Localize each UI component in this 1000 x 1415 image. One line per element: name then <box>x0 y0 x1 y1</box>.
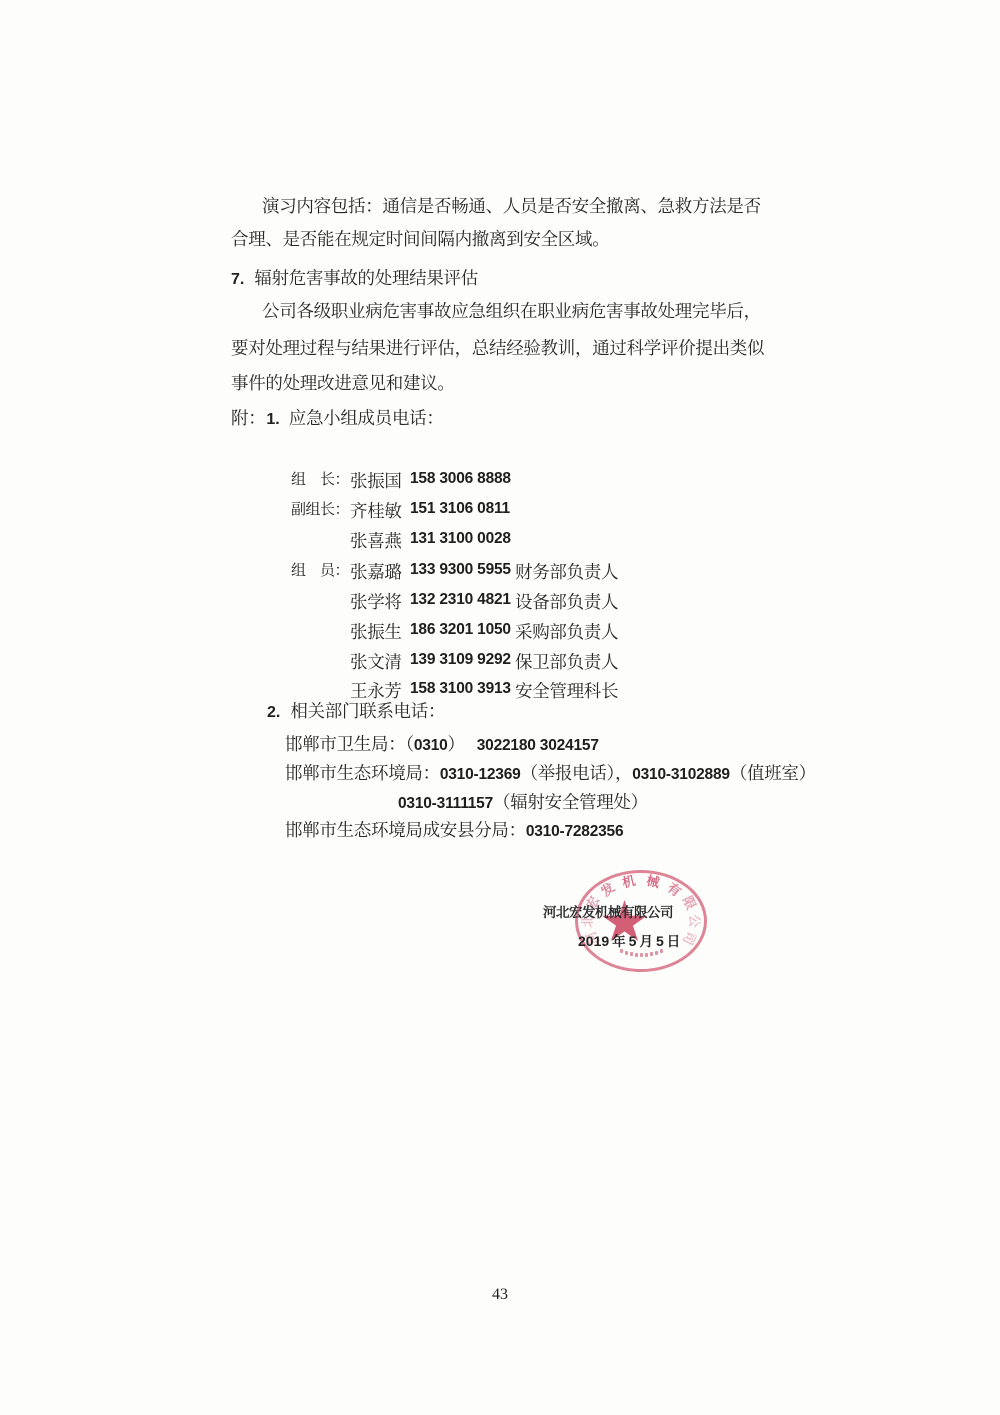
member-name: 张嘉璐 <box>350 559 402 584</box>
member-phone: 132 2310 4821 <box>410 591 511 609</box>
dept-line-branch: 邯郸市生态环境局成安县分局：0310-7282356 <box>285 818 623 844</box>
member-phone: 158 3100 3913 <box>410 680 511 698</box>
member-name: 张学将 <box>350 589 402 614</box>
company-seal: 河北宏发机械有限公司 <box>575 870 707 972</box>
member-label: 组 长： <box>291 468 349 489</box>
seal-serial-mark <box>635 953 638 957</box>
seal-serial-mark <box>645 953 648 957</box>
member-phone: 158 3006 8888 <box>410 470 511 488</box>
signature-date: 2019年5月5日 <box>578 930 683 951</box>
member-role: 设备部负责人 <box>515 589 618 614</box>
seal-serial-mark <box>630 952 633 956</box>
dept-eco-label: 邯郸市生态环境局： <box>285 763 440 783</box>
seal-serial-mark <box>625 951 628 955</box>
dept-eco-note1: （举报电话）， <box>521 763 633 783</box>
member-name: 齐桂敏 <box>350 498 402 523</box>
dept-line-health: 邯郸市卫生局：（0310）3022180 3024157 <box>285 732 599 758</box>
seal-serial-mark <box>655 951 658 955</box>
member-phone: 131 3100 0028 <box>410 530 511 548</box>
date-day: 5 <box>656 933 664 949</box>
member-phone: 133 9300 5955 <box>410 561 511 579</box>
section7-para-line1: 公司各级职业病危害事故应急组织在职业病危害事故处理完毕后， <box>262 299 761 323</box>
section7-number: 7. <box>231 271 244 288</box>
member-role: 保卫部负责人 <box>515 649 618 674</box>
member-role: 采购部负责人 <box>515 619 618 644</box>
member-phone: 139 3109 9292 <box>410 651 511 669</box>
attachment-item1-title: 应急小组成员电话： <box>289 408 444 428</box>
attachment-item2-heading: 2.相关部门联系电话： <box>267 699 445 725</box>
dept-eco-phone1: 0310-12369 <box>440 766 521 783</box>
date-year-label: 年 <box>612 934 626 949</box>
dept-eco-phone3: 0310-3111157 <box>398 795 493 812</box>
member-phone: 186 3201 1050 <box>410 621 511 639</box>
seal-arc-char: 公 <box>687 914 701 928</box>
dept-line-eco: 邯郸市生态环境局：0310-12369（举报电话），0310-3102889（值… <box>285 761 816 787</box>
member-role: 安全管理科长 <box>515 678 618 703</box>
date-month-label: 月 <box>639 934 653 949</box>
paragraph-intro-line1: 演习内容包括：通信是否畅通、人员是否安全撤离、急救方法是否 <box>262 194 761 218</box>
dept-eco-phone2: 0310-3102889 <box>632 766 730 783</box>
seal-arc-char: 械 <box>644 874 661 891</box>
section7-para-line2: 要对处理过程与结果进行评估，总结经验教训，通过科学评价提出类似 <box>231 336 764 360</box>
dept-eco-note3: （辐射安全管理处） <box>493 792 648 812</box>
dept-health-areacode: 0310 <box>414 737 448 754</box>
dept-health-close: ） <box>448 734 465 754</box>
dept-branch-phone: 0310-7282356 <box>526 823 624 840</box>
attachment-item1-heading: 附：1.应急小组成员电话： <box>231 406 444 432</box>
member-name: 张振生 <box>350 619 402 644</box>
section7-para-line3: 事件的处理改进意见和建议。 <box>231 371 455 395</box>
date-month: 5 <box>629 933 637 949</box>
seal-serial-mark <box>640 953 643 957</box>
dept-line-eco2: 0310-3111157（辐射安全管理处） <box>398 790 648 816</box>
member-role: 财务部负责人 <box>515 559 618 584</box>
paragraph-intro-line2: 合理、是否能在规定时间间隔内撤离到安全区域。 <box>231 227 609 251</box>
attachment-item2-title: 相关部门联系电话： <box>290 701 445 721</box>
signature-company-name: 河北宏发机械有限公司 <box>543 901 673 921</box>
member-name: 张振国 <box>350 468 402 493</box>
member-name: 张喜燕 <box>350 528 402 553</box>
date-year: 2019 <box>578 933 609 949</box>
document-page: 演习内容包括：通信是否畅通、人员是否安全撤离、急救方法是否 合理、是否能在规定时… <box>0 0 1000 1415</box>
member-label: 组 员： <box>291 559 349 580</box>
dept-health-label: 邯郸市卫生局：（ <box>285 734 414 754</box>
member-phone: 151 3106 0811 <box>410 500 510 518</box>
page-number: 43 <box>0 1286 1000 1304</box>
dept-branch-label: 邯郸市生态环境局成安县分局： <box>285 820 526 840</box>
seal-serial-mark <box>650 952 653 956</box>
attachment-item2-number: 2. <box>267 704 280 721</box>
attachment-prefix: 附： <box>231 408 265 428</box>
attachment-item1-number: 1. <box>266 411 279 428</box>
member-label: 副组长： <box>291 498 349 519</box>
section7-title: 辐射危害事故的处理结果评估 <box>254 268 478 288</box>
dept-eco-note2: （值班室） <box>730 763 816 783</box>
section7-heading: 7.辐射危害事故的处理结果评估 <box>231 266 478 292</box>
member-name: 张文清 <box>350 649 402 674</box>
date-day-label: 日 <box>667 934 681 949</box>
dept-health-phones: 3022180 3024157 <box>477 737 599 754</box>
